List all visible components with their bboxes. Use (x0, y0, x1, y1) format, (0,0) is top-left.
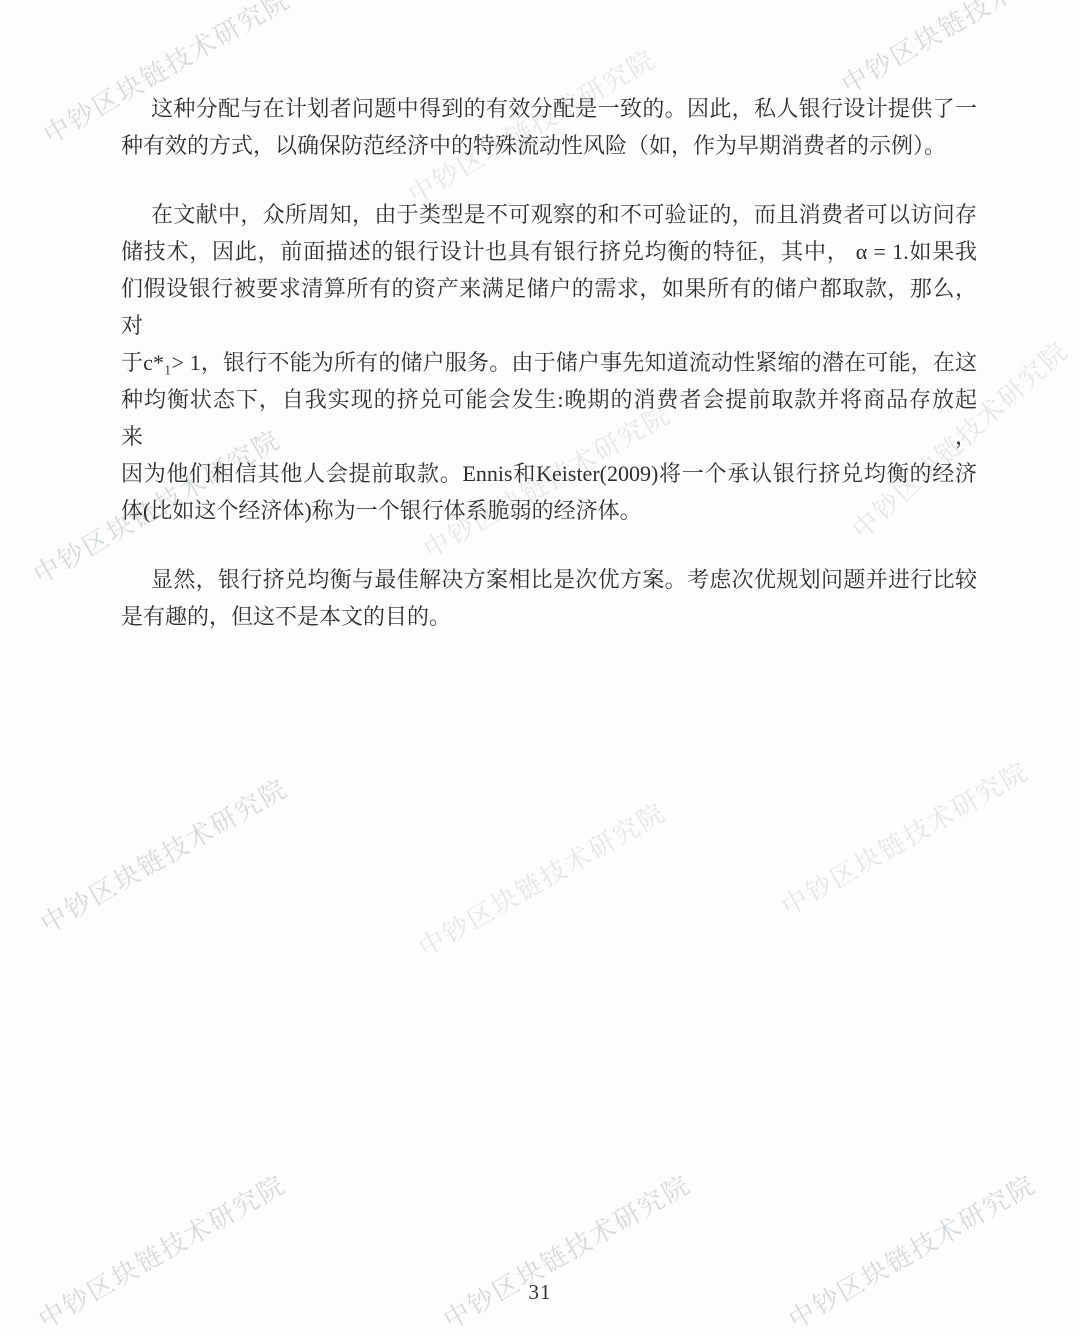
text-line: 于c*₁> 1，银行不能为所有的储户服务。由于储户事先知道流动性紧缩的潜在可能，… (121, 344, 977, 381)
text-line: 种有效的方式，以确保防范经济中的特殊流动性风险（如，作为早期消费者的示例）。 (121, 127, 977, 164)
watermark-text: 中钞区块链技术研究院 (781, 1164, 1042, 1336)
watermark-text: 中钞区块链技术研究院 (411, 792, 672, 964)
text-line: 在文献中，众所周知，由于类型是不可观察的和不可验证的，而且消费者可以访问存 (121, 196, 977, 233)
watermark-text: 中钞区块链技术研究院 (436, 1164, 697, 1336)
text-line: 储技术，因此，前面描述的银行设计也具有银行挤兑均衡的特征，其中， α = 1.如… (121, 233, 977, 270)
text-line: 体(比如这个经济体)称为一个银行体系脆弱的经济体。 (121, 492, 977, 529)
text-line: 这种分配与在计划者问题中得到的有效分配是一致的。因此，私人银行设计提供了一 (121, 90, 977, 127)
watermark-text: 中钞区块链技术研究院 (834, 0, 1080, 102)
page-number: 31 (0, 1280, 1080, 1305)
text-block: 这种分配与在计划者问题中得到的有效分配是一致的。因此，私人银行设计提供了一种有效… (121, 90, 977, 667)
text-line: 种均衡状态下，自我实现的挤兑可能会发生:晚期的消费者会提前取款并将商品存放起来， (121, 381, 977, 455)
text-line: 们假设银行被要求清算所有的资产来满足储户的需求，如果所有的储户都取款，那么，对 (121, 270, 977, 344)
paragraph: 这种分配与在计划者问题中得到的有效分配是一致的。因此，私人银行设计提供了一种有效… (121, 90, 977, 164)
watermark-text: 中钞区块链技术研究院 (774, 751, 1035, 923)
text-line: 显然，银行挤兑均衡与最佳解决方案相比是次优方案。考虑次优规划问题并进行比较 (121, 561, 977, 598)
paragraph: 在文献中，众所周知，由于类型是不可观察的和不可验证的，而且消费者可以访问存储技术… (121, 196, 977, 529)
text-line: 是有趣的，但这不是本文的目的。 (121, 598, 977, 635)
document-page: 中钞区块链技术研究院中钞区块链技术研究院中钞区块链技术研究院中钞区块链技术研究院… (0, 0, 1080, 1337)
watermark-text: 中钞区块链技术研究院 (31, 1164, 292, 1336)
paragraph: 显然，银行挤兑均衡与最佳解决方案相比是次优方案。考虑次优规划问题并进行比较是有趣… (121, 561, 977, 635)
watermark-text: 中钞区块链技术研究院 (33, 768, 294, 940)
text-line: 因为他们相信其他人会提前取款。Ennis和Keister(2009)将一个承认银… (121, 455, 977, 492)
